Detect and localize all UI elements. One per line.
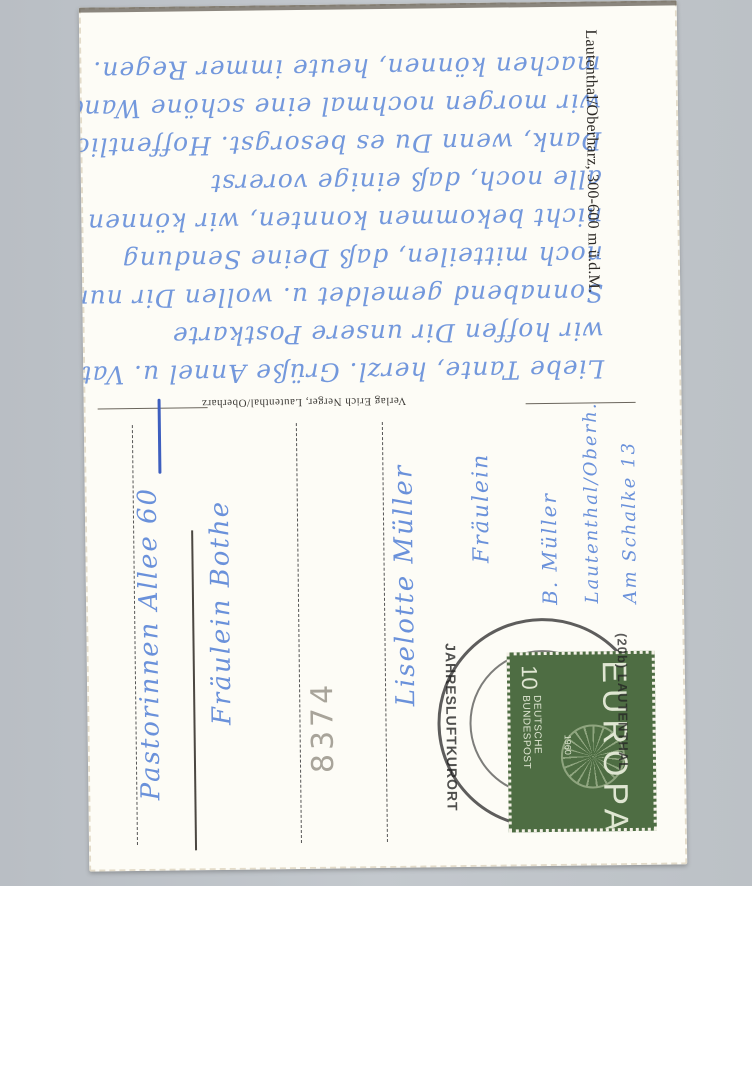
sender-line: Am Schalke 13 bbox=[618, 441, 641, 604]
postage-stamp: 10 DEUTSCHE BUNDESPOST 1960 EUROPA bbox=[507, 651, 657, 833]
location-title: Lautenthal/Oberharz, 300-600 m ü.d.M. bbox=[581, 29, 602, 293]
pencil-note: 8374 bbox=[305, 681, 341, 774]
message-line: wir hoffen Dir unsere Postkarte bbox=[99, 311, 604, 355]
address-line: Pastorinnen Allee 60 bbox=[133, 487, 167, 801]
message-line: machen können, heute immer Regen. bbox=[95, 45, 600, 89]
message-line: Sonnabend gemeldet u. wollen Dir nun bbox=[98, 273, 603, 317]
publisher-imprint: Verlag Erich Nerger, Lautenthal/Oberharz bbox=[202, 395, 407, 409]
handwritten-message: Liebe Tante, herzl. Grüße Annel u. Vati … bbox=[95, 9, 605, 393]
address-line: Fräulein Bothe bbox=[205, 500, 238, 725]
address-solid-line bbox=[191, 530, 197, 850]
postmark-text: JAHRESLUFTKURORT bbox=[443, 643, 461, 812]
address-dotted-line bbox=[296, 423, 303, 843]
message-line: Dank, wenn Du es besorgst. Hoffentlich bbox=[96, 121, 601, 165]
message-line: Liebe Tante, herzl. Grüße Annel u. Vati bbox=[99, 349, 604, 393]
sender-line: Lautenthal/Oberh. bbox=[580, 401, 603, 603]
address-line: Fräulein bbox=[468, 453, 494, 564]
stamp-value: 10 bbox=[516, 665, 542, 690]
message-line: alle noch, daß einige vorerst bbox=[97, 159, 602, 203]
stamp-year: 1960 bbox=[563, 735, 573, 755]
message-line: noch mitteilen, daß Deine Sendung bbox=[98, 235, 603, 279]
postcard: Liebe Tante, herzl. Grüße Annel u. Vati … bbox=[79, 0, 688, 871]
postmark-town: (20b) LAUTENTHAL bbox=[614, 633, 631, 771]
sender-line: B. Müller bbox=[537, 492, 562, 605]
message-line: wir morgen nochmal eine schöne Wanderung bbox=[96, 83, 601, 127]
message-line: nicht bekommen konnten, wir können bbox=[97, 197, 602, 241]
address-line: Liselotte Müller bbox=[388, 464, 421, 707]
ink-stroke bbox=[158, 399, 162, 474]
stamp-country: DEUTSCHE BUNDESPOST bbox=[520, 695, 544, 829]
divider-line bbox=[98, 407, 208, 409]
